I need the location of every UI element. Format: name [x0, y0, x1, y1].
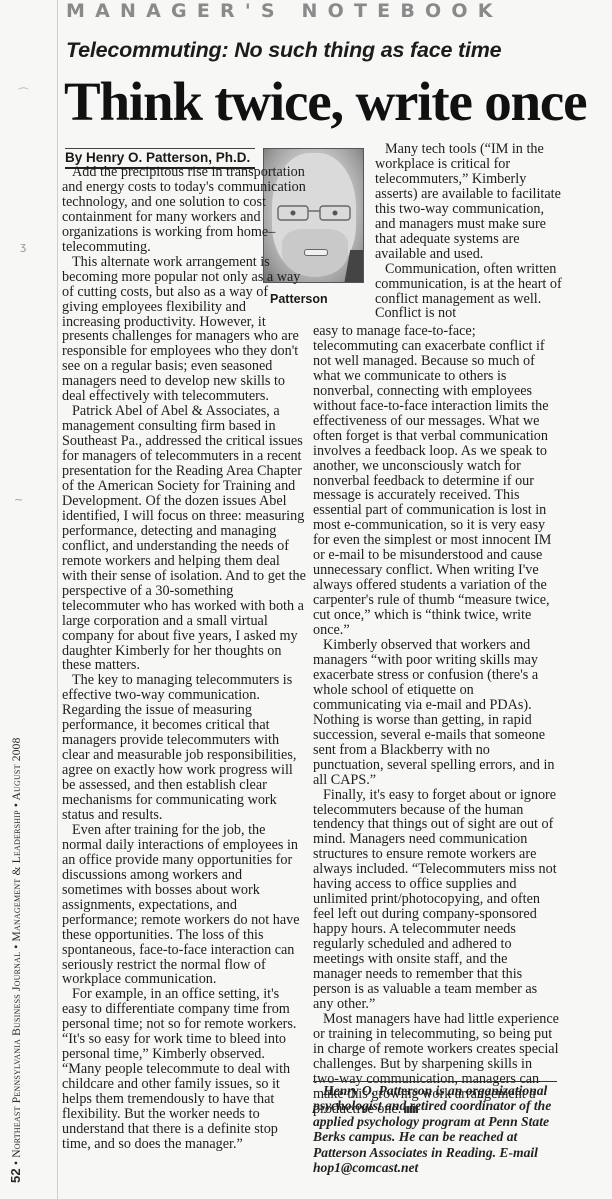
article-column-right: easy to manage face-to-face; telecommuti… [313, 324, 559, 1117]
page-number: 52 [8, 1168, 23, 1183]
scan-mark: ⌒ [18, 85, 29, 101]
author-bio-text: Henry O. Patterson is an organizational … [313, 1083, 563, 1175]
scan-mark: ʒ [20, 240, 26, 253]
paragraph: Even after training for the job, the nor… [62, 823, 306, 987]
paragraph: Kimberly observed that workers and manag… [313, 638, 559, 788]
author-bio: Henry O. Patterson is an organizational … [313, 1083, 563, 1175]
page-margin-rule [57, 0, 58, 1199]
photo-mouth-shape [304, 249, 328, 256]
article-headline: Think twice, write once [64, 70, 586, 134]
paragraph: Finally, it's easy to forget about or ig… [313, 788, 559, 1012]
paragraph: Many tech tools (“IM in the workplace is… [375, 142, 565, 262]
paragraph: The key to managing telecommuters is eff… [62, 673, 306, 823]
paragraph: Communication, often written communicati… [375, 262, 565, 322]
section-kicker: MANAGER'S NOTEBOOK [66, 0, 503, 22]
article-column-left: Add the precipitous rise in transportati… [62, 165, 306, 1152]
article-deck: Telecommuting: No such thing as face tim… [66, 38, 501, 63]
paragraph: Patrick Abel of Abel & Associates, a man… [62, 404, 306, 673]
paragraph: For example, in an office setting, it's … [62, 987, 306, 1151]
bio-divider [313, 1081, 557, 1082]
scan-mark: ~ [14, 493, 23, 506]
page-folio: 52 • Northeast Pennsylvania Business Jou… [8, 737, 23, 1183]
article-column-right-wrap: Many tech tools (“IM in the workplace is… [375, 142, 565, 321]
paragraph: Add the precipitous rise in transportati… [62, 165, 306, 255]
publication-line: • Northeast Pennsylvania Business Journa… [11, 737, 23, 1165]
paragraph: easy to manage face-to-face; telecommuti… [313, 324, 559, 638]
paragraph: This alternate work arrangement is becom… [62, 255, 306, 405]
